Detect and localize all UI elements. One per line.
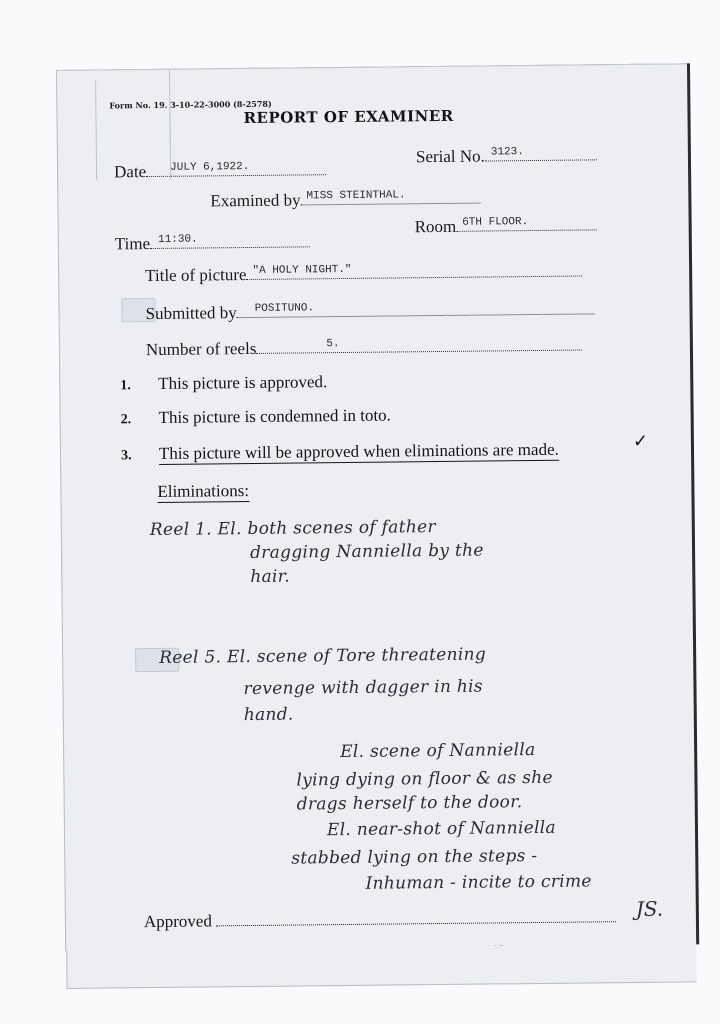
handwritten-line: Reel 1. El. both scenes of father <box>150 517 436 540</box>
paper-fold-mark <box>95 81 97 181</box>
option-text: This picture is approved. <box>158 372 327 393</box>
suitable-for-children-field: IS THIS PICTURE SUITABLE FOR CHILDREN? <box>206 937 638 967</box>
handwritten-line: El. near-shot of Nanniella <box>327 818 556 840</box>
examined-by-value: MISS STEINTHAL. <box>306 189 405 202</box>
examined-by-field: Examined by MISS STEINTHAL. <box>210 189 480 212</box>
room-line: 6TH FLOOR. <box>456 215 596 231</box>
submitted-by-field: Submitted by POSITUNO. <box>145 299 594 324</box>
serial-number-field: Serial No. 3123. <box>416 145 597 167</box>
number-of-reels-field: Number of reels 5. <box>146 336 583 361</box>
date-label: Date <box>114 162 146 182</box>
number-of-reels-value: 5. <box>326 338 339 350</box>
approved-label: Approved <box>144 911 212 932</box>
time-value: 11:30. <box>158 234 198 246</box>
scanned-document: Form No. 19. 3-10-22-3000 (8-2578) REPOR… <box>0 0 720 1024</box>
date-line: July 6,1922. <box>146 160 326 177</box>
serial-number-label: Serial No. <box>416 147 485 168</box>
option-number: 2. <box>121 412 155 428</box>
option-text: This picture is condemned in toto. <box>158 406 390 427</box>
handwritten-line: hand. <box>244 705 294 726</box>
number-of-reels-line: 5. <box>256 336 582 354</box>
option-condemned: 2. This picture is condemned in toto. <box>121 406 391 429</box>
approved-field: Approved <box>144 907 616 932</box>
room-label: Room <box>415 217 457 237</box>
handwritten-line: Reel 5. El. scene of Tore threatening <box>159 645 486 668</box>
examiner-report-form: Form No. 19. 3-10-22-3000 (8-2578) REPOR… <box>56 63 696 951</box>
title-of-picture-value: "A HOLY NIGHT." <box>252 264 351 277</box>
submitted-by-line: POSITUNO. <box>237 299 595 318</box>
room-field: Room 6TH FLOOR. <box>415 215 597 237</box>
room-value: 6TH FLOOR. <box>462 216 528 229</box>
handwritten-line: revenge with dagger in his <box>243 677 483 700</box>
time-label: Time <box>115 234 150 254</box>
handwritten-line: dragging Nanniella by the <box>250 541 484 563</box>
serial-number-value: 3123. <box>491 146 524 158</box>
submitted-by-value: POSITUNO. <box>255 302 315 315</box>
option-number: 3. <box>121 448 155 464</box>
examiner-initials: JS. <box>636 897 664 921</box>
option-approved: 1. This picture is approved. <box>120 372 327 394</box>
document-title: REPORT OF EXAMINER <box>243 107 453 127</box>
checkmark-icon: ✓ <box>633 431 648 452</box>
approved-signature-line <box>216 921 616 926</box>
suitable-for-children-line <box>508 947 638 953</box>
number-of-reels-label: Number of reels <box>146 339 257 360</box>
title-of-picture-line: "A HOLY NIGHT." <box>246 261 582 280</box>
handwritten-line: El. scene of Nanniella <box>340 740 536 762</box>
eliminations-label: Eliminations: <box>157 481 249 503</box>
time-field: Time 11:30. <box>115 232 310 254</box>
handwritten-line: lying dying on floor & as she <box>296 768 553 791</box>
handwritten-line: stabbed lying on the steps - <box>291 846 537 869</box>
suitable-for-children-label: IS THIS PICTURE SUITABLE FOR CHILDREN? <box>206 942 506 967</box>
time-line: 11:30. <box>150 232 310 249</box>
examined-by-line: MISS STEINTHAL. <box>300 189 480 206</box>
serial-number-line: 3123. <box>485 145 597 161</box>
handwritten-line: hair. <box>250 567 290 587</box>
handwritten-line: drags herself to the door. <box>297 792 523 814</box>
option-text: This picture will be approved when elimi… <box>159 440 559 465</box>
handwritten-line: Inhuman - incite to crime <box>365 871 591 893</box>
title-of-picture-field: Title of picture "A HOLY NIGHT." <box>145 261 583 286</box>
date-value: July 6,1922. <box>170 161 249 174</box>
option-approved-with-eliminations: 3. This picture will be approved when el… <box>121 440 559 465</box>
submitted-by-label: Submitted by <box>145 303 236 324</box>
date-field: Date July 6,1922. <box>114 160 326 182</box>
title-of-picture-label: Title of picture <box>145 265 247 286</box>
examined-by-label: Examined by <box>210 190 300 211</box>
option-number: 1. <box>120 378 154 394</box>
